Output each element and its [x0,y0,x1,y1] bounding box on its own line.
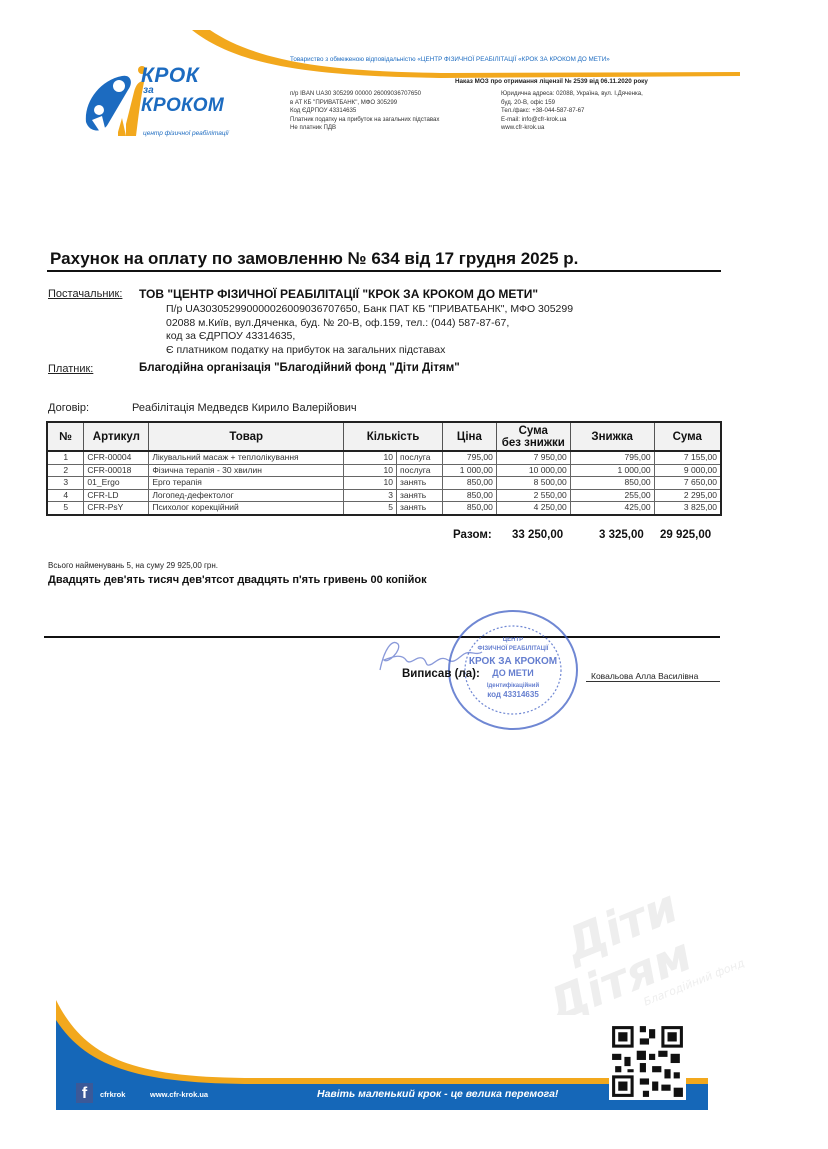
cell-num: 4 [47,489,84,502]
title-divider [47,270,721,272]
total-discount: 3 325,00 [599,529,644,541]
cell-unit: послуга [396,451,442,464]
cell-price: 795,00 [442,451,496,464]
supplier-label: Постачальник: [48,288,122,300]
cell-product: Лікувальний масаж + теплолікування [149,451,344,464]
cell-price: 850,00 [442,502,496,515]
cell-sum-no-discount: 4 250,00 [496,502,570,515]
license-line: Наказ МОЗ про отримання ліцензії № 2539 … [455,78,648,85]
website-link[interactable]: www.cfr-krok.ua [150,1090,208,1099]
payer-label: Платник: [48,363,93,375]
cell-sum: 2 295,00 [654,489,721,502]
cell-sum-no-discount: 10 000,00 [496,464,570,477]
cell-sum: 3 825,00 [654,502,721,515]
logo-subtitle: центр фізичної реабілітації [143,130,229,137]
supplier-name: ТОВ "ЦЕНТР ФІЗИЧНОЇ РЕАБІЛІТАЦІЇ "КРОК З… [139,287,538,301]
cell-product: Фізична терапія - 30 хвилин [149,464,344,477]
cell-sum: 7 650,00 [654,477,721,490]
logo-wordmark: КРОК за КРОКОМ [141,66,224,116]
col-num: № [47,422,84,451]
col-qty: Кількість [344,422,443,451]
col-sum-no-discount: Сумабез знижки [496,422,570,451]
cell-product: Психолог корекційний [149,502,344,515]
summary-words: Двадцять дев'ять тисяч дев'ятсот двадцят… [48,574,427,586]
cell-price: 1 000,00 [442,464,496,477]
cell-qty: 10 [344,451,397,464]
table-row: 4CFR-LDЛогопед-дефектолог3занять850,002 … [47,489,721,502]
company-full-name: Товариство з обмеженою відповідальністю … [290,56,610,63]
payer-name: Благодійна організація "Благодійний фонд… [139,362,460,374]
cell-num: 1 [47,451,84,464]
facebook-handle[interactable]: cfrkrok [100,1090,125,1099]
cell-num: 2 [47,464,84,477]
cell-num: 5 [47,502,84,515]
cell-discount: 255,00 [570,489,654,502]
issuer-underline [586,681,720,682]
invoice-title: Рахунок на оплату по замовленню № 634 ві… [50,249,578,269]
cell-article: CFR-00018 [84,464,149,477]
cell-article: CFR-PsY [84,502,149,515]
qr-code-icon [609,1023,686,1100]
cell-unit: занять [396,489,442,502]
cell-price: 850,00 [442,489,496,502]
table-header-row: № Артикул Товар Кількість Ціна Сумабез з… [47,422,721,451]
svg-text:код 43314635: код 43314635 [487,690,539,699]
table-row: 5CFR-PsYПсихолог корекційний5занять850,0… [47,502,721,515]
bank-details: п/р IBAN UA30 305299 00000 2600903670765… [290,90,439,133]
cell-product: Ерго терапія [149,477,344,490]
cell-discount: 850,00 [570,477,654,490]
issuer-name: Ковальова Алла Василівна [591,671,698,681]
col-sum: Сума [654,422,721,451]
svg-text:ЦЕНТР: ЦЕНТР [503,637,523,643]
col-product: Товар [149,422,344,451]
cell-product: Логопед-дефектолог [149,489,344,502]
summary-note: Всього найменувань 5, на суму 29 925,00 … [48,561,218,570]
cell-qty: 5 [344,502,397,515]
issued-by-label: Виписав (ла): [402,668,480,680]
cell-num: 3 [47,477,84,490]
facebook-icon[interactable]: f [76,1083,93,1103]
cell-unit: занять [396,502,442,515]
cell-sum: 9 000,00 [654,464,721,477]
col-price: Ціна [442,422,496,451]
cell-discount: 425,00 [570,502,654,515]
svg-text:ФІЗИЧНОЇ РЕАБІЛІТАЦІЇ: ФІЗИЧНОЇ РЕАБІЛІТАЦІЇ [478,645,549,652]
footer-slogan: Навіть маленький крок - це велика перемо… [317,1088,558,1100]
cell-sum-no-discount: 7 950,00 [496,451,570,464]
col-discount: Знижка [570,422,654,451]
col-article: Артикул [84,422,149,451]
total-sum: 29 925,00 [660,529,711,541]
cell-unit: занять [396,477,442,490]
cell-article: CFR-LD [84,489,149,502]
table-row: 301_ErgoЕрго терапія10занять850,008 500,… [47,477,721,490]
svg-text:Ідентифікаційний: Ідентифікаційний [487,682,540,689]
cell-sum-no-discount: 2 550,00 [496,489,570,502]
cell-unit: послуга [396,464,442,477]
cell-sum: 7 155,00 [654,451,721,464]
cell-article: 01_Ergo [84,477,149,490]
cell-qty: 3 [344,489,397,502]
cell-discount: 1 000,00 [570,464,654,477]
cell-qty: 10 [344,477,397,490]
totals-label: Разом: [453,529,492,541]
charity-watermark: Діти Дітям Благодійний фонд [510,865,760,1015]
contract-label: Договір: [48,402,89,414]
address-details: Юридична адреса: 02088, Україна, вул. І.… [501,90,643,133]
svg-text:КРОК ЗА КРОКОМ: КРОК ЗА КРОКОМ [469,656,557,667]
table-row: 2CFR-00018Фізична терапія - 30 хвилин10п… [47,464,721,477]
cell-article: CFR-00004 [84,451,149,464]
cell-sum-no-discount: 8 500,00 [496,477,570,490]
cell-discount: 795,00 [570,451,654,464]
cell-qty: 10 [344,464,397,477]
svg-text:ДО МЕТИ: ДО МЕТИ [492,668,533,678]
total-sum-no-discount: 33 250,00 [512,529,563,541]
table-row: 1CFR-00004Лікувальний масаж + теплолікув… [47,451,721,464]
cell-price: 850,00 [442,477,496,490]
supplier-details: П/р UA303052990000026009036707650, Банк … [166,303,573,357]
contract-value: Реабілітація Медведєв Кирило Валерійович [132,402,357,414]
items-table: № Артикул Товар Кількість Ціна Сумабез з… [46,421,722,516]
